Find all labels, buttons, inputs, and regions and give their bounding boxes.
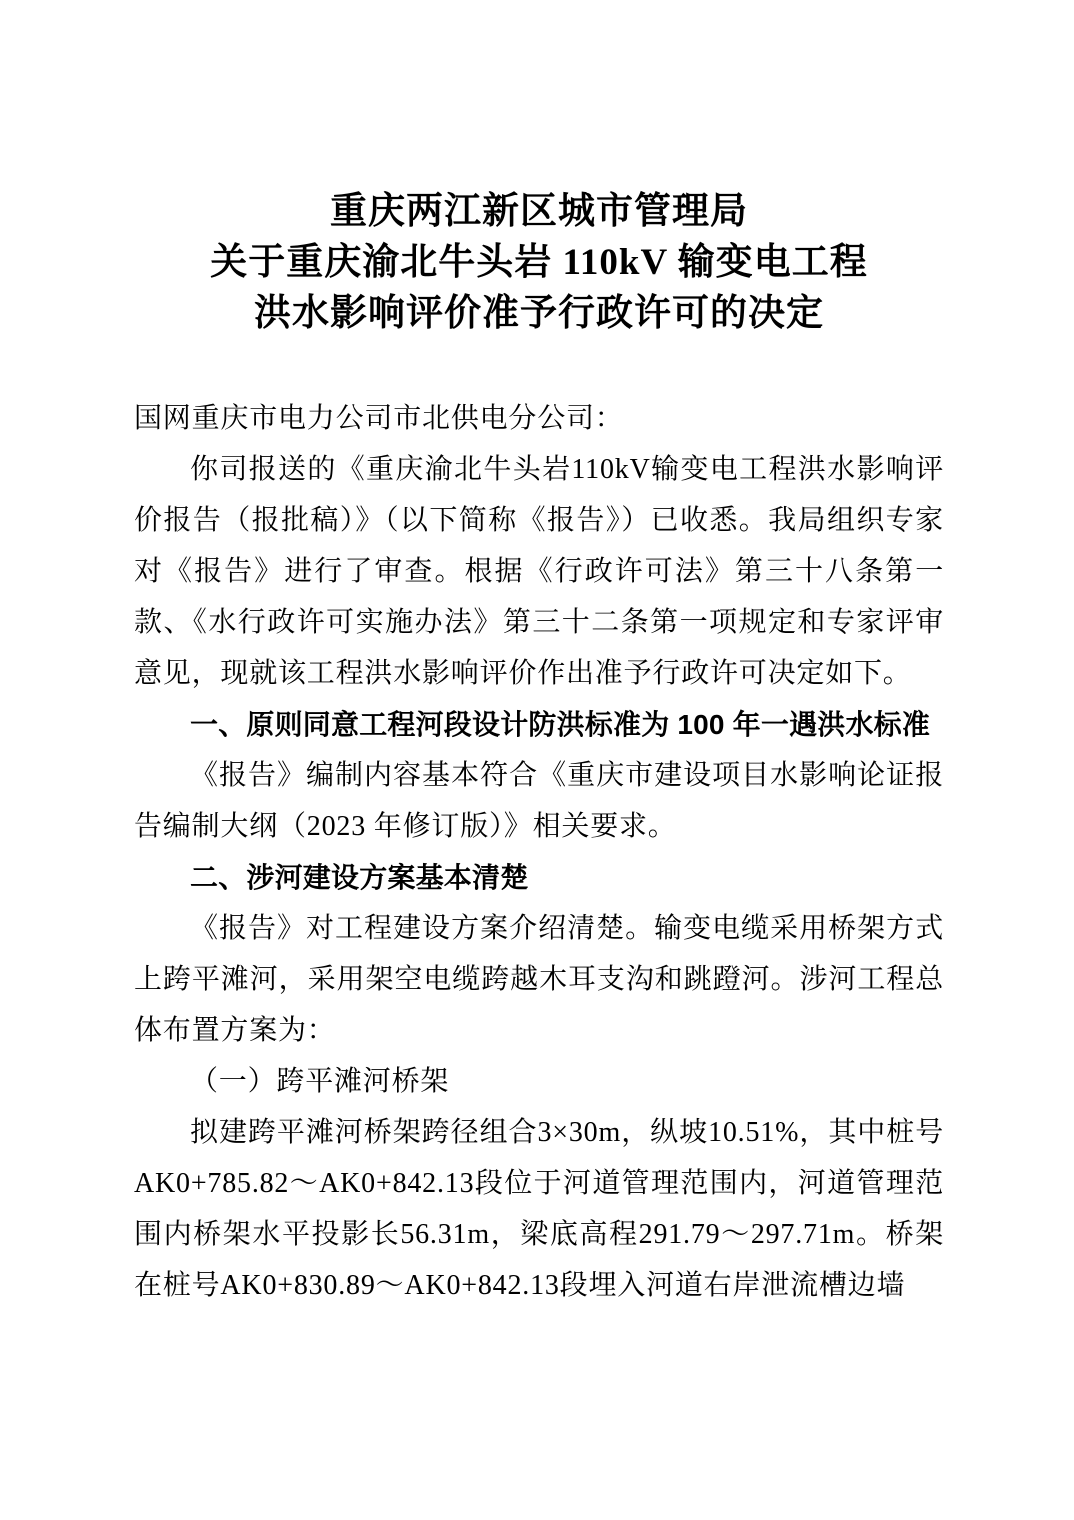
salutation-line: 国网重庆市电力公司市北供电分公司： — [134, 393, 944, 444]
paragraph-section-2: 《报告》对工程建设方案介绍清楚。输变电缆采用桥架方式上跨平滩河，采用架空电缆跨越… — [134, 903, 944, 1056]
title-line-2: 关于重庆渝北牛头岩 110kV 输变电工程 — [134, 237, 944, 288]
heading-section-2: 二、涉河建设方案基本清楚 — [134, 852, 944, 903]
document-page: 重庆两江新区城市管理局 关于重庆渝北牛头岩 110kV 输变电工程 洪水影响评价… — [0, 0, 1074, 1520]
title-line-1: 重庆两江新区城市管理局 — [134, 186, 944, 237]
title-line-3: 洪水影响评价准予行政许可的决定 — [134, 288, 944, 339]
document-body: 国网重庆市电力公司市北供电分公司： 你司报送的《重庆渝北牛头岩110kV输变电工… — [134, 393, 944, 1311]
heading-section-1: 一、原则同意工程河段设计防洪标准为 100 年一遇洪水标准 — [134, 699, 944, 750]
heading-subsection-1: （一）跨平滩河桥架 — [134, 1056, 944, 1107]
paragraph-section-1: 《报告》编制内容基本符合《重庆市建设项目水影响论证报告编制大纲（2023 年修订… — [134, 750, 944, 852]
paragraph-intro: 你司报送的《重庆渝北牛头岩110kV输变电工程洪水影响评价报告（报批稿）》（以下… — [134, 444, 944, 699]
paragraph-subsection-1: 拟建跨平滩河桥架跨径组合3×30m，纵坡10.51%，其中桩号AK0+785.8… — [134, 1107, 944, 1311]
document-title: 重庆两江新区城市管理局 关于重庆渝北牛头岩 110kV 输变电工程 洪水影响评价… — [134, 186, 944, 339]
